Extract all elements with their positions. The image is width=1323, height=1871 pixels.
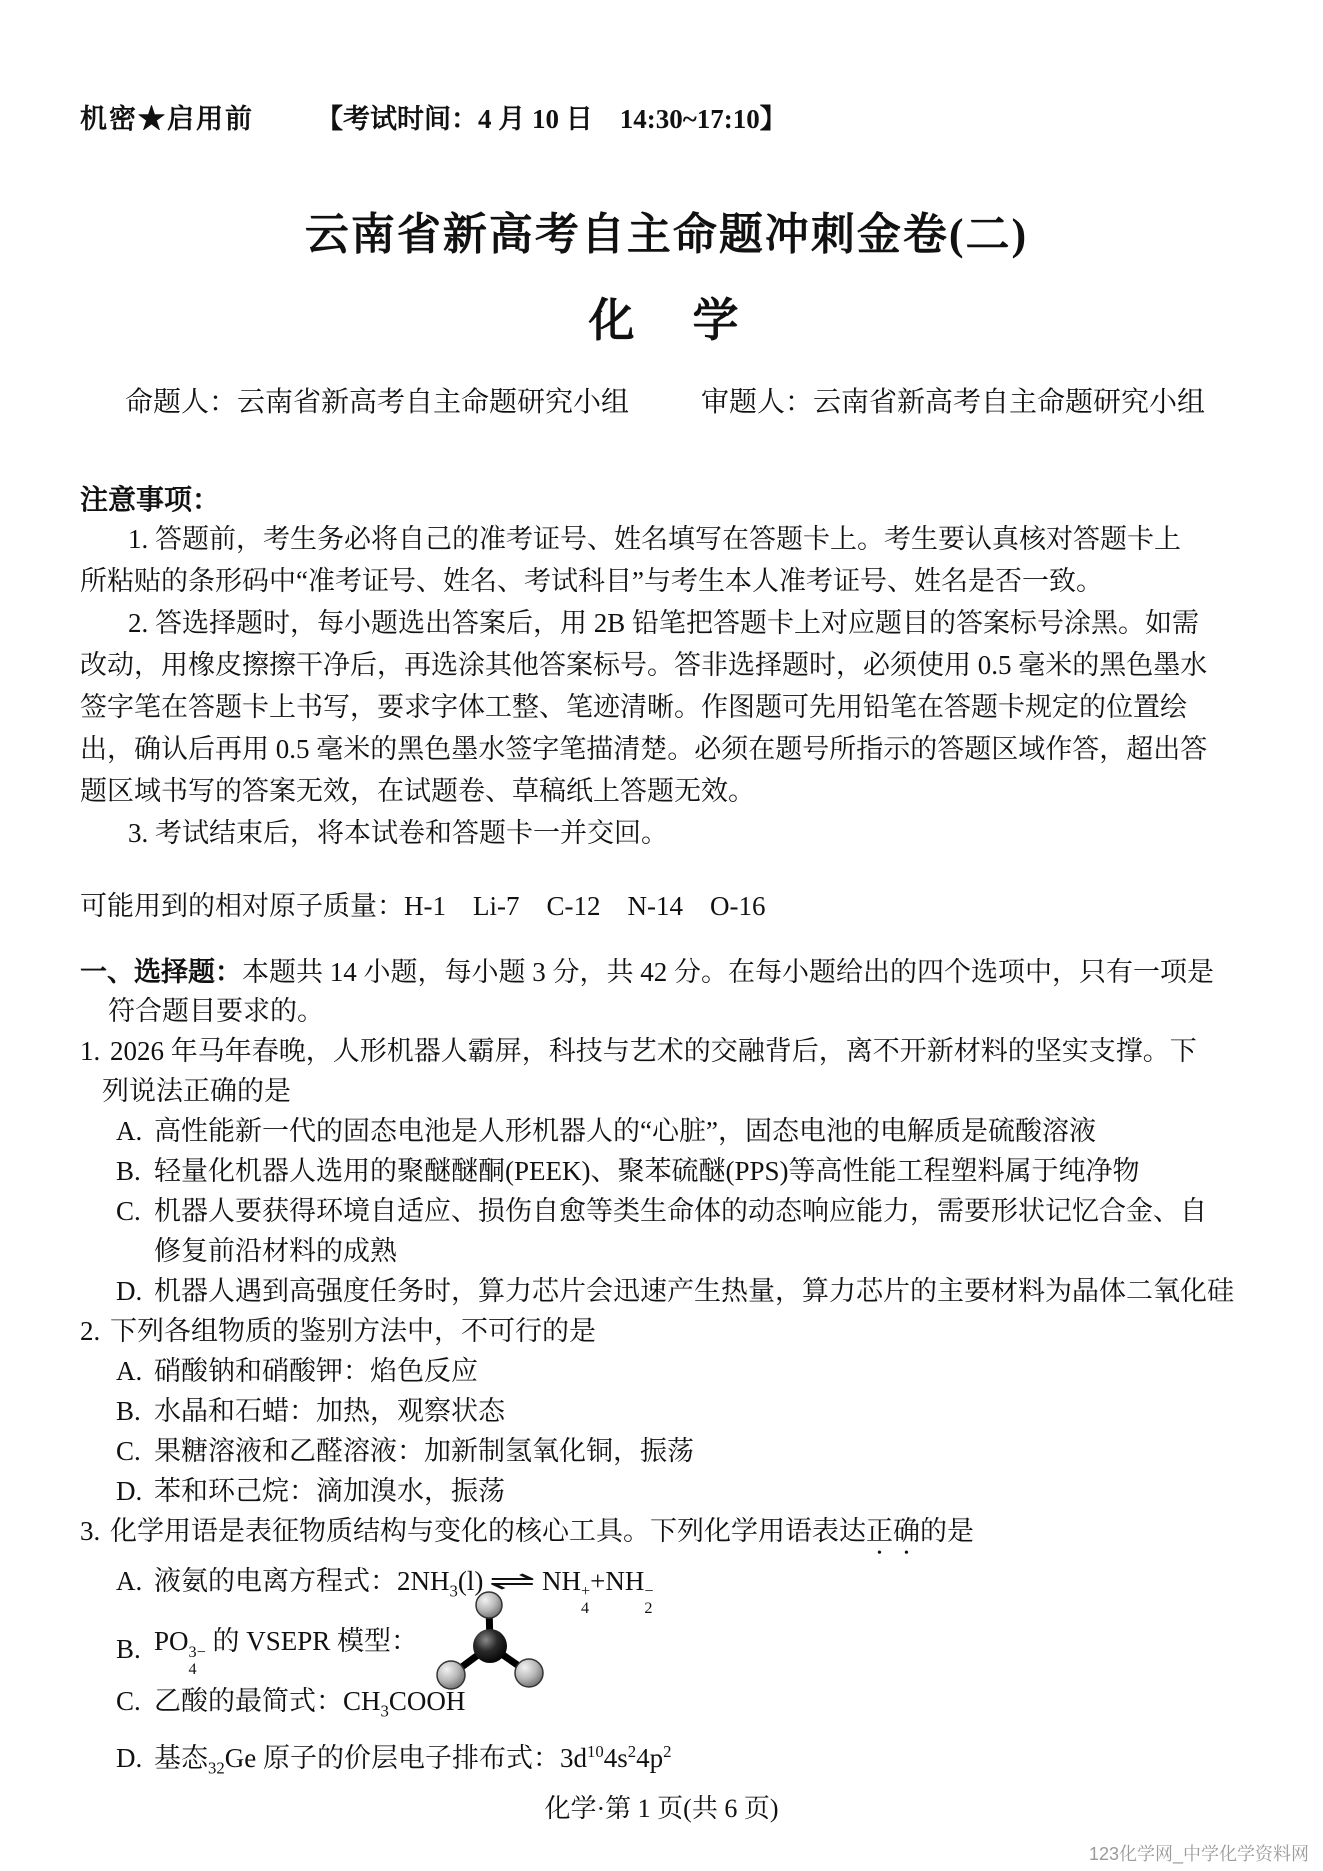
equilibrium-arrow-icon: ⇌ bbox=[489, 1561, 537, 1601]
question-number: 2. bbox=[80, 1311, 110, 1351]
option-a: A.高性能新一代的固态电池是人形机器人的“心脏”，固态电池的电解质是硫酸溶液 bbox=[116, 1111, 1253, 1151]
po4-subscript: 4 bbox=[189, 1661, 197, 1678]
question-stem: 下列各组物质的鉴别方法中，不可行的是 bbox=[110, 1316, 596, 1346]
page-content: 机密★启用前 【考试时间：4 月 10 日 14:30~17:10】 云南省新高… bbox=[80, 97, 1253, 1788]
notice-heading: 注意事项： bbox=[80, 478, 1253, 518]
po4-base: PO bbox=[154, 1626, 189, 1656]
notice-item2-line4: 出，确认后再用 0.5 毫米的黑色墨水签字笔描清楚。必须在题号所指示的答题区域作… bbox=[80, 728, 1253, 770]
option-label: C. bbox=[116, 1191, 154, 1231]
option-text: 果糖溶液和乙醛溶液：加新制氢氧化铜，振荡 bbox=[154, 1436, 694, 1466]
atomic-mass-line: 可能用到的相对原子质量：H-1 Li-7 C-12 N-14 O-16 bbox=[80, 884, 1253, 923]
atomic-number-subscript: 32 bbox=[208, 1758, 225, 1777]
section-desc-line1: 本题共 14 小题，每小题 3 分，共 42 分。在每小题给出的四个选项中，只有… bbox=[242, 957, 1214, 987]
secrecy-label: 机密★启用前 bbox=[80, 97, 254, 136]
option-label: D. bbox=[116, 1471, 154, 1511]
notice-item2-line1: 2. 答选择题时，每小题选出答案后，用 2B 铅笔把答题卡上对应题目的答案标号涂… bbox=[80, 602, 1253, 644]
po4-charge-stack: 3−4 bbox=[189, 1644, 206, 1678]
examiners-line: 命题人：云南省新高考自主命题研究小组 审题人：云南省新高考自主命题研究小组 bbox=[125, 380, 1253, 420]
option-label: B. bbox=[116, 1151, 154, 1191]
question-stem-emphasis: 正确 bbox=[866, 1516, 920, 1546]
option-c: C.果糖溶液和乙醛溶液：加新制氢氧化铜，振荡 bbox=[116, 1431, 1253, 1471]
d10-superscript: 10 bbox=[587, 1742, 604, 1761]
central-atom bbox=[473, 1629, 507, 1663]
nh2-charge-stack: −2 bbox=[644, 1583, 653, 1617]
question-2: 2.下列各组物质的鉴别方法中，不可行的是 A.硝酸钠和硝酸钾：焰色反应 B.水晶… bbox=[80, 1311, 1253, 1511]
site-watermark: 123化学网_中学化学资料网 bbox=[1089, 1840, 1309, 1866]
option-label: A. bbox=[116, 1111, 154, 1151]
nh2-superscript: − bbox=[644, 1583, 653, 1600]
page-header: 机密★启用前 【考试时间：4 月 10 日 14:30~17:10】 bbox=[80, 97, 1253, 136]
equation-text: 液氨的电离方程式：2NH bbox=[154, 1566, 450, 1596]
config-mid: Ge 原子的价层电子排布式：3d bbox=[225, 1743, 587, 1773]
notice-item2-line3: 签字笔在答题卡上书写，要求字体工整、笔迹清晰。作图题可先用铅笔在答题卡规定的位置… bbox=[80, 686, 1253, 728]
option-text: 高性能新一代的固态电池是人形机器人的“心脏”，固态电池的电解质是硫酸溶液 bbox=[154, 1116, 1096, 1146]
option-label: D. bbox=[116, 1738, 154, 1778]
config-4p: 4p bbox=[636, 1743, 663, 1773]
question-1: 1.2026 年马年春晚，人形机器人霸屏，科技与艺术的交融背后，离不开新材料的坚… bbox=[80, 1031, 1253, 1311]
nh2-subscript: 2 bbox=[644, 1600, 652, 1617]
formula-text: 乙酸的最简式：CH bbox=[154, 1686, 381, 1716]
section-label: 一、选择题： bbox=[80, 957, 242, 987]
vsepr-label: 的 VSEPR 模型： bbox=[213, 1626, 419, 1656]
question-number: 3. bbox=[80, 1511, 110, 1551]
option-label: A. bbox=[116, 1351, 154, 1391]
option-b: B.水晶和石蜡：加热，观察状态 bbox=[116, 1391, 1253, 1431]
exam-paper-page: 机密★启用前 【考试时间：4 月 10 日 14:30~17:10】 云南省新高… bbox=[0, 0, 1323, 1871]
option-label: C. bbox=[116, 1431, 154, 1471]
option-c: C.机器人要获得环境自适应、损伤自愈等类生命体的动态响应能力，需要形状记忆合金、… bbox=[116, 1191, 1253, 1231]
option-a: A.液氨的电离方程式：2NH3(l)⇌NH+4+NH−2 bbox=[116, 1561, 1253, 1617]
s2-superscript: 2 bbox=[628, 1742, 636, 1761]
paper-title: 云南省新高考自主命题冲刺金卷(二) bbox=[80, 198, 1253, 262]
subject-title: 化 学 bbox=[80, 284, 1253, 350]
question-stem-line2: 列说法正确的是 bbox=[102, 1071, 1253, 1111]
question-3: 3.化学用语是表征物质结构与变化的核心工具。下列化学用语表达正确的是 A.液氨的… bbox=[80, 1511, 1253, 1788]
option-label: D. bbox=[116, 1271, 154, 1311]
config-pre: 基态 bbox=[154, 1743, 208, 1773]
option-text: 水晶和石蜡：加热，观察状态 bbox=[154, 1396, 505, 1426]
option-text: 机器人要获得环境自适应、损伤自愈等类生命体的动态响应能力，需要形状记忆合金、自 bbox=[154, 1196, 1207, 1226]
section-desc-line2: 符合题目要求的。 bbox=[108, 992, 1253, 1031]
option-b: B.轻量化机器人选用的聚醚醚酮(PEEK)、聚苯硫醚(PPS)等高性能工程塑料属… bbox=[116, 1151, 1253, 1191]
config-4s: 4s bbox=[604, 1743, 628, 1773]
vsepr-model-image bbox=[432, 1591, 550, 1695]
plus-sign: + bbox=[590, 1566, 605, 1596]
option-text: 机器人遇到高强度任务时，算力芯片会迅速产生热量，算力芯片的主要材料为晶体二氧化硅 bbox=[154, 1276, 1234, 1306]
option-d: D.苯和环己烷：滴加溴水，振荡 bbox=[116, 1471, 1253, 1511]
notice-item3: 3. 考试结束后，将本试卷和答题卡一并交回。 bbox=[80, 812, 1253, 854]
question-stem-pre: 化学用语是表征物质结构与变化的核心工具。下列化学用语表达 bbox=[110, 1516, 866, 1546]
question-stem-line1: 2026 年马年春晚，人形机器人霸屏，科技与艺术的交融背后，离不开新材料的坚实支… bbox=[110, 1036, 1197, 1066]
notice-item1-line1: 1. 答题前，考生务必将自己的准考证号、姓名填写在答题卡上。考生要认真核对答题卡… bbox=[80, 518, 1253, 560]
nh4-subscript: 4 bbox=[581, 1600, 589, 1617]
notice-item2-line2: 改动，用橡皮擦擦干净后，再选涂其他答案标号。答非选择题时，必须使用 0.5 毫米… bbox=[80, 644, 1253, 686]
po4-superscript: 3− bbox=[189, 1644, 206, 1661]
option-d: D.机器人遇到高强度任务时，算力芯片会迅速产生热量，算力芯片的主要材料为晶体二氧… bbox=[116, 1271, 1253, 1311]
option-d: D.基态32Ge 原子的价层电子排布式：3d104s24p2 bbox=[116, 1732, 1253, 1788]
exam-time-label: 【考试时间：4 月 10 日 14:30~17:10】 bbox=[316, 97, 787, 136]
nh4-charge-stack: +4 bbox=[581, 1583, 590, 1617]
ligand-atom-right bbox=[515, 1659, 543, 1687]
option-c-line2: 修复前沿材料的成熟 bbox=[154, 1231, 1253, 1271]
nh4-superscript: + bbox=[581, 1583, 590, 1600]
option-label: B. bbox=[116, 1629, 154, 1669]
reviewer-label: 审题人：云南省新高考自主命题研究小组 bbox=[701, 380, 1205, 420]
notice-item1-line2: 所粘贴的条形码中“准考证号、姓名、考试科目”与考生本人准考证号、姓名是否一致。 bbox=[80, 560, 1253, 602]
notice-item2-line5: 题区域书写的答案无效，在试题卷、草稿纸上答题无效。 bbox=[80, 770, 1253, 812]
notice-section: 1. 答题前，考生务必将自己的准考证号、姓名填写在答题卡上。考生要认真核对答题卡… bbox=[80, 518, 1253, 854]
option-text: 苯和环己烷：滴加溴水，振荡 bbox=[154, 1476, 505, 1506]
option-c: C.乙酸的最简式：CH3COOH bbox=[116, 1681, 1253, 1731]
page-footer: 化学·第 1 页(共 6 页) bbox=[0, 1788, 1323, 1825]
option-a: A.硝酸钠和硝酸钾：焰色反应 bbox=[116, 1351, 1253, 1391]
option-label: A. bbox=[116, 1561, 154, 1601]
option-text: 硝酸钠和硝酸钾：焰色反应 bbox=[154, 1356, 478, 1386]
option-text: 轻量化机器人选用的聚醚醚酮(PEEK)、聚苯硫醚(PPS)等高性能工程塑料属于纯… bbox=[154, 1156, 1140, 1186]
ch3-subscript: 3 bbox=[381, 1702, 389, 1721]
question-number: 1. bbox=[80, 1031, 110, 1071]
po4-formula: PO3−4 的 VSEPR 模型： bbox=[154, 1621, 418, 1677]
nh2-formula: NH bbox=[605, 1566, 644, 1596]
option-label: C. bbox=[116, 1681, 154, 1721]
p2-superscript: 2 bbox=[663, 1742, 671, 1761]
formula-tail: COOH bbox=[389, 1686, 466, 1716]
option-b: B. PO3−4 的 VSEPR 模型： bbox=[116, 1617, 1253, 1681]
setter-label: 命题人：云南省新高考自主命题研究小组 bbox=[125, 380, 629, 420]
option-label: B. bbox=[116, 1391, 154, 1431]
section-choice-header: 一、选择题：本题共 14 小题，每小题 3 分，共 42 分。在每小题给出的四个… bbox=[80, 953, 1253, 1031]
question-stem-tail: 的是 bbox=[920, 1516, 974, 1546]
